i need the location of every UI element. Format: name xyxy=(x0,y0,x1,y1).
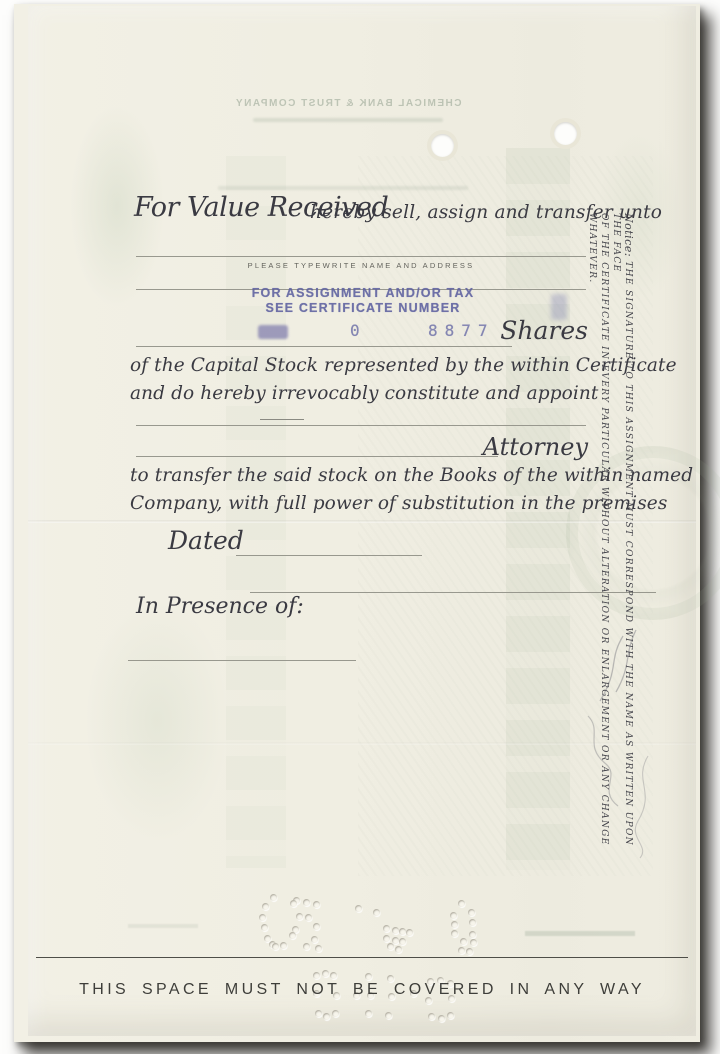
dated-blank-line xyxy=(236,555,422,556)
assignee-blank-short xyxy=(260,419,304,420)
punch-dot xyxy=(469,919,476,926)
attorney-label: Attorney xyxy=(483,433,588,461)
stamp-line-2: SEE CERTIFICATE NUMBER xyxy=(228,301,498,316)
certificate-paper: CHEMICAL BANK & TRUST COMPANY For Value … xyxy=(14,4,700,1042)
punch-dot xyxy=(468,909,475,916)
punch-dot xyxy=(315,945,322,952)
punch-dot xyxy=(270,894,277,901)
punch-dot xyxy=(373,909,380,916)
punch-dot xyxy=(315,1010,322,1017)
stamp-line-1: FOR ASSIGNMENT AND/OR TAX xyxy=(228,286,498,301)
attorney-blank-line xyxy=(136,456,498,457)
punch-dot xyxy=(259,914,266,921)
ghost-subtitle-bar xyxy=(253,118,443,122)
ghost-subtitle-bar-2 xyxy=(218,186,468,190)
certificate-content: CHEMICAL BANK & TRUST COMPANY For Value … xyxy=(28,6,696,1036)
scanned-stock-certificate-back: CHEMICAL BANK & TRUST COMPANY For Value … xyxy=(0,0,720,1054)
punch-dot xyxy=(355,905,362,912)
punch-dot xyxy=(365,973,372,980)
appointee-blank-line xyxy=(136,425,586,426)
ghost-bank-name: CHEMICAL BANK & TRUST COMPANY xyxy=(28,98,668,109)
punch-dot xyxy=(447,1012,454,1019)
certificate-number-value: 8877 xyxy=(428,321,495,340)
typewrite-instruction: PLEASE TYPEWRITE NAME AND ADDRESS xyxy=(136,261,586,270)
punch-dot xyxy=(399,928,406,935)
punch-dot xyxy=(323,1013,330,1020)
punch-dot xyxy=(392,937,399,944)
capital-stock-line-2: and do hereby irrevocably constitute and… xyxy=(130,383,598,404)
punch-dot xyxy=(438,1015,445,1022)
punch-dot xyxy=(305,914,312,921)
presence-blank-line xyxy=(128,660,356,661)
name-address-blank-line xyxy=(136,256,586,257)
punch-dot xyxy=(383,925,390,932)
punch-dot xyxy=(272,943,279,950)
punch-dot xyxy=(450,912,457,919)
for-value-received-row: For Value Received hereby sell, assign a… xyxy=(134,192,388,223)
punch-hole-left xyxy=(431,134,454,157)
punch-dot xyxy=(385,1012,392,1019)
punch-dot xyxy=(395,946,402,953)
punch-dot xyxy=(313,972,320,979)
footer-separator-rule xyxy=(36,957,688,958)
punch-dot xyxy=(322,970,329,977)
pencil-scribble xyxy=(528,606,698,866)
certificate-number-prefix: 0 xyxy=(350,321,360,340)
punch-dot xyxy=(330,972,337,979)
assignment-tax-stamp: FOR ASSIGNMENT AND/OR TAX SEE CERTIFICAT… xyxy=(228,286,498,316)
punch-dot xyxy=(458,947,465,954)
punch-dot xyxy=(261,924,268,931)
punch-dot xyxy=(332,1010,339,1017)
punch-dot xyxy=(383,935,390,942)
punch-dot xyxy=(428,1013,435,1020)
punch-dot xyxy=(387,943,394,950)
punch-dot xyxy=(290,900,297,907)
footer-notice: THIS SPACE MUST NOT BE COVERED IN ANY WA… xyxy=(28,981,696,999)
shares-label: Shares xyxy=(500,316,588,345)
punch-dot xyxy=(469,931,476,938)
punch-dot xyxy=(313,901,320,908)
in-presence-of-label: In Presence of: xyxy=(136,594,304,619)
stamp-smudge xyxy=(258,325,288,339)
ghost-fineprint-bar-2 xyxy=(128,924,198,928)
notice-lead-word: Notice: xyxy=(622,213,635,257)
punch-dot xyxy=(313,923,320,930)
shares-blank-line xyxy=(136,346,512,347)
punch-dot xyxy=(296,913,303,920)
punch-dot xyxy=(451,930,458,937)
punch-dot xyxy=(303,899,310,906)
dated-label: Dated xyxy=(168,526,244,555)
punch-dot xyxy=(262,903,269,910)
punch-dot xyxy=(406,929,413,936)
punch-dot xyxy=(460,938,467,945)
punch-hole-right xyxy=(554,122,577,145)
punch-dot xyxy=(311,936,318,943)
punch-dot xyxy=(466,948,473,955)
punch-dot xyxy=(303,943,310,950)
punch-dot xyxy=(392,927,399,934)
punch-dot xyxy=(470,939,477,946)
ghost-fineprint-bar xyxy=(525,931,635,936)
punch-dot xyxy=(280,942,287,949)
punch-dot xyxy=(458,900,465,907)
punch-dot xyxy=(365,1010,372,1017)
punch-dot xyxy=(399,938,406,945)
punch-dot xyxy=(289,932,296,939)
punch-dot xyxy=(451,921,458,928)
